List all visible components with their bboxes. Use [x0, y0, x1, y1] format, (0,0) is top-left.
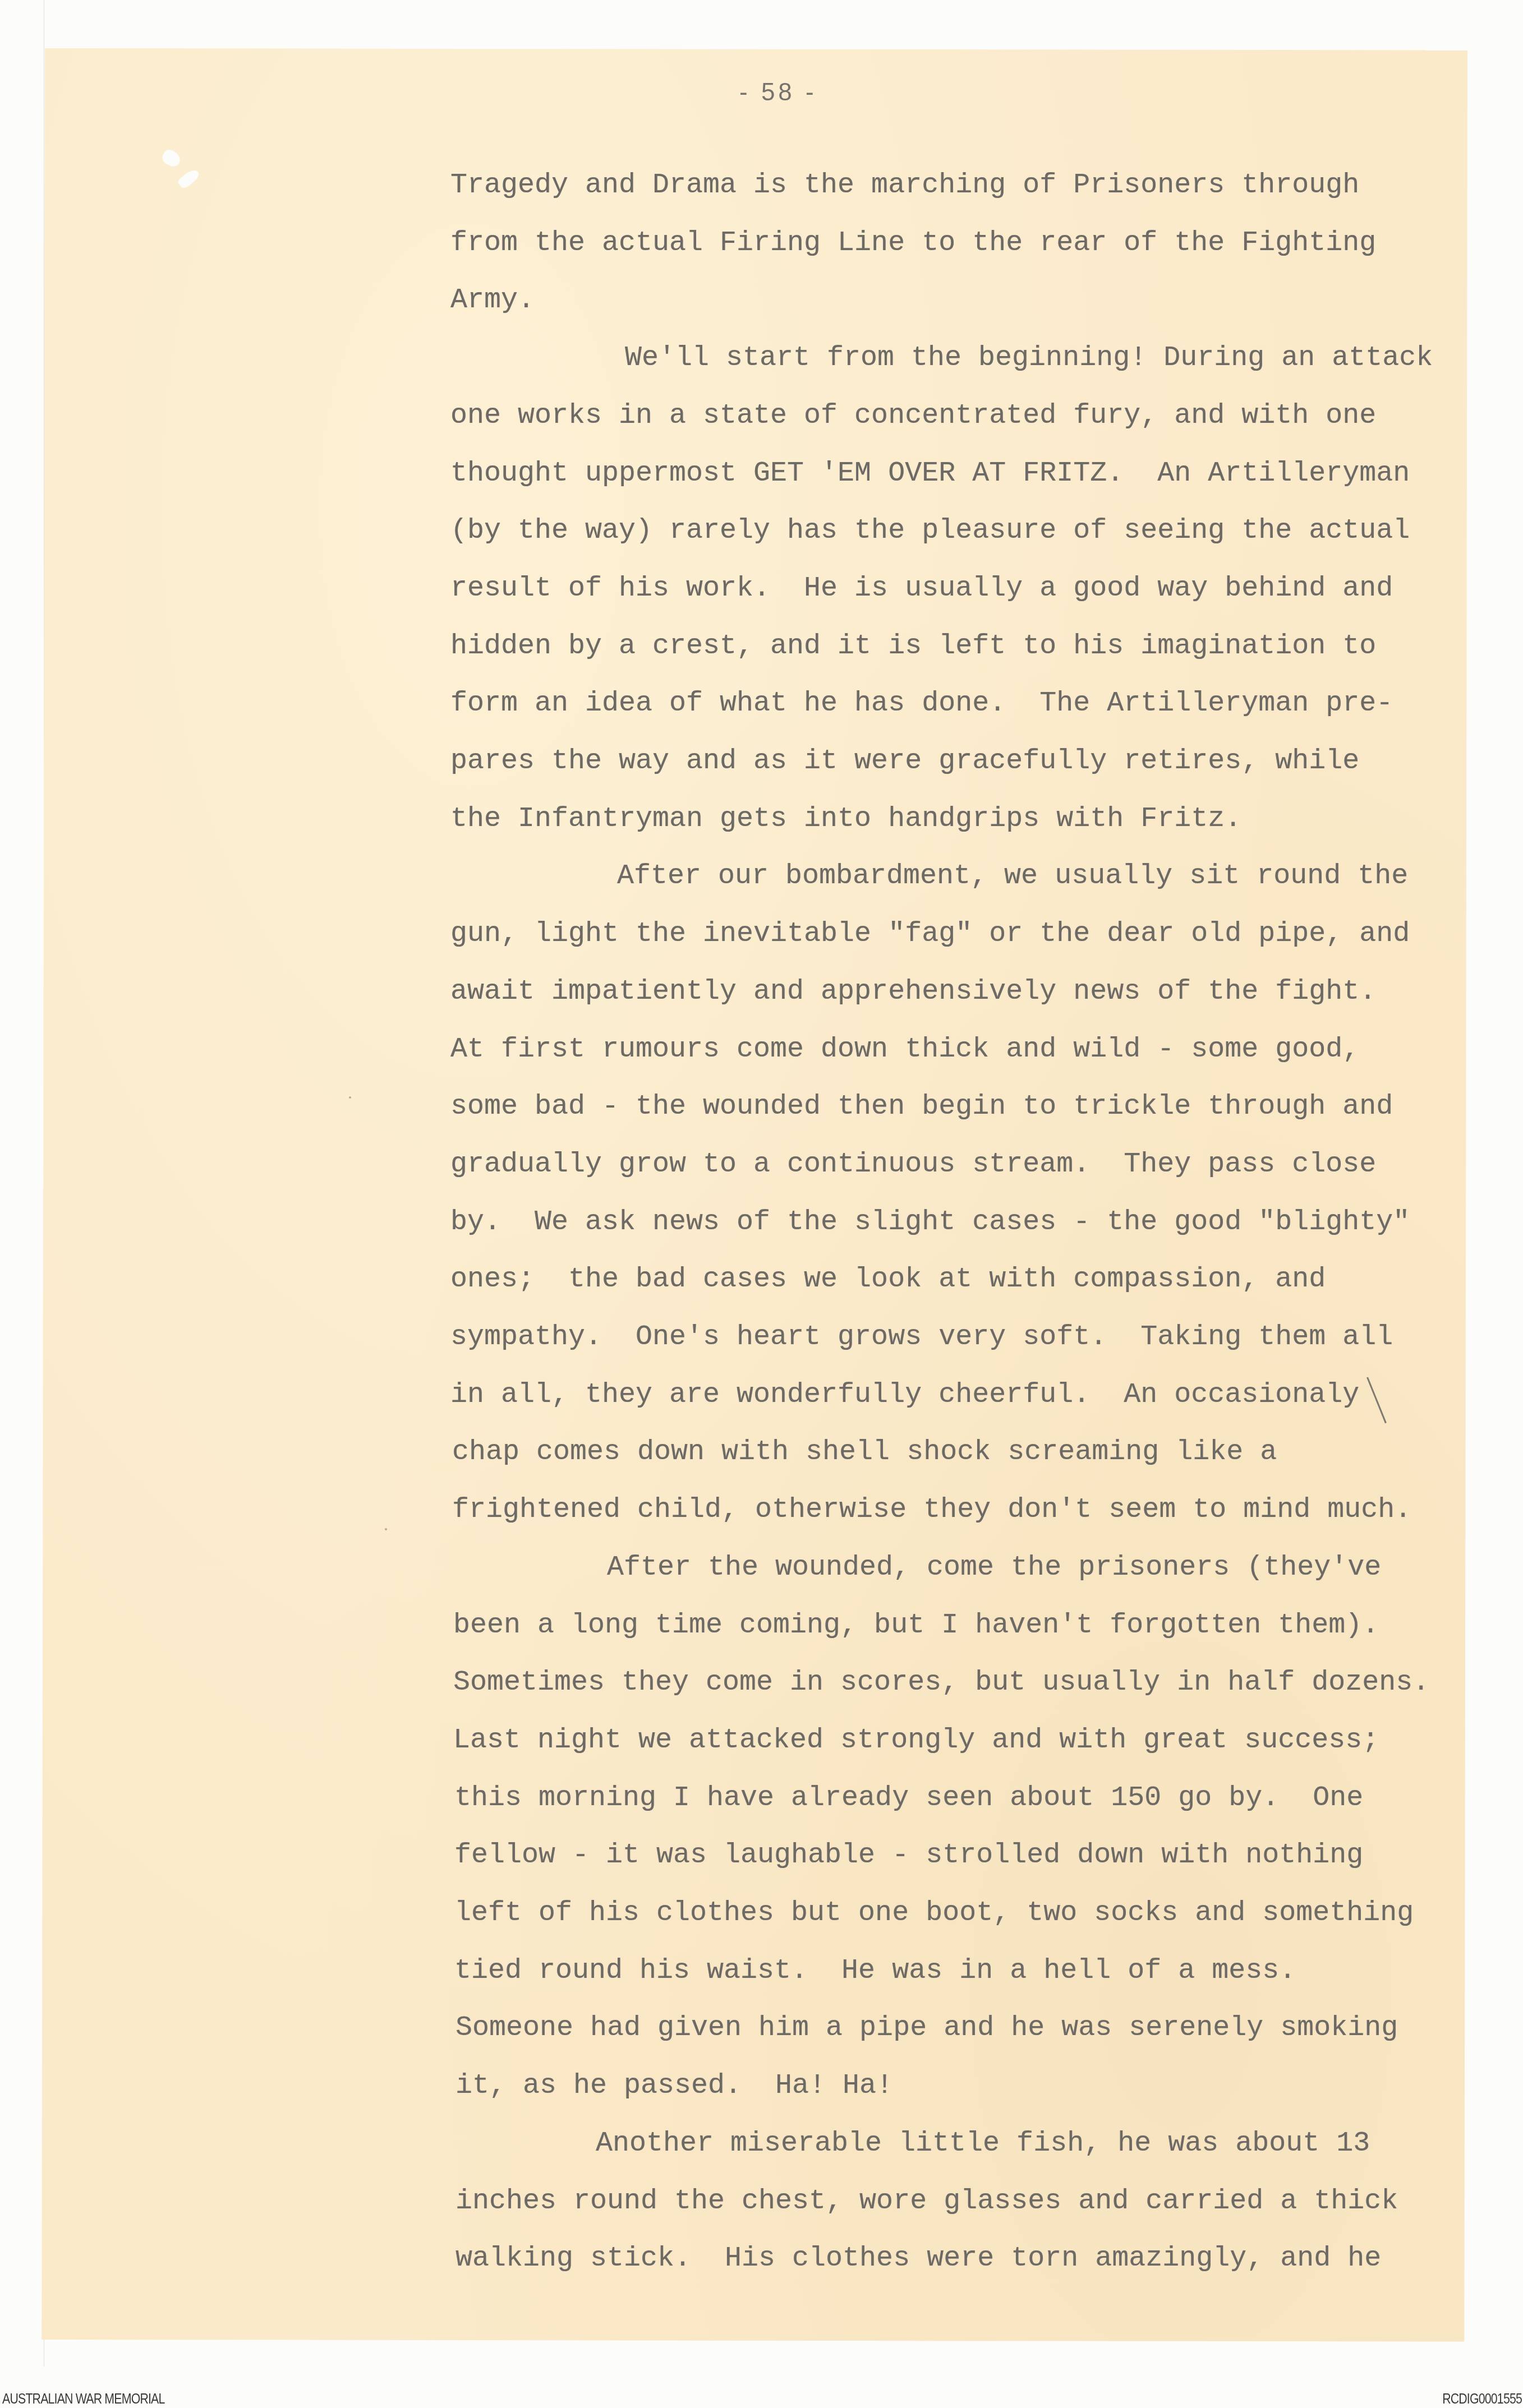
text-line: left of his clothes but one boot, two so… [454, 1899, 1414, 1927]
catalogue-id: RCDIG0001555 [1442, 2390, 1522, 2407]
paragraph-first-line: After our bombardment, we usually sit ro… [617, 862, 1408, 891]
text-line: the Infantryman gets into handgrips with… [450, 805, 1241, 833]
text-line: Army. [450, 287, 535, 315]
paper-speck [385, 1528, 387, 1530]
text-line: walking stick. His clothes were torn ama… [455, 2245, 1381, 2273]
text-line: Tragedy and Drama is the marching of Pri… [450, 172, 1359, 200]
text-line: Someone had given him a pipe and he was … [455, 2014, 1398, 2042]
text-line: frightened child, otherwise they don't s… [452, 1496, 1411, 1524]
text-line: by. We ask news of the slight cases - th… [450, 1208, 1410, 1237]
paragraph-first-line: After the wounded, come the prisoners (t… [607, 1554, 1381, 1582]
text-line: hidden by a crest, and it is left to his… [450, 633, 1376, 661]
paragraph-first-line: Another miserable little fish, he was ab… [596, 2130, 1370, 2158]
text-line: await impatiently and apprehensively new… [450, 978, 1376, 1006]
paragraph-first-line: We'll start from the beginning! During a… [625, 344, 1433, 372]
text-line: ones; the bad cases we look at with comp… [450, 1266, 1326, 1294]
paper-speck [349, 1096, 351, 1099]
text-line: fellow - it was laughable - strolled dow… [454, 1842, 1363, 1870]
paper-speck [468, 2254, 470, 2257]
punch-hole [177, 167, 201, 190]
text-line: from the actual Firing Line to the rear … [450, 229, 1376, 257]
page-number: - 58 - [739, 79, 817, 107]
text-line: tied round his waist. He was in a hell o… [454, 1957, 1296, 1985]
text-line: inches round the chest, wore glasses and… [455, 2188, 1398, 2216]
text-line: gun, light the inevitable "fag" or the d… [450, 920, 1410, 948]
text-line: in all, they are wonderfully cheerful. A… [450, 1381, 1359, 1409]
text-line: At first rumours come down thick and wil… [450, 1036, 1359, 1064]
text-line: been a long time coming, but I haven't f… [453, 1612, 1379, 1640]
text-line: pares the way and as it were gracefully … [450, 748, 1359, 776]
text-line: (by the way) rarely has the pleasure of … [450, 517, 1410, 545]
text-line: this morning I have already seen about 1… [454, 1784, 1363, 1812]
text-line: Sometimes they come in scores, but usual… [453, 1669, 1429, 1697]
text-line: chap comes down with shell shock screami… [452, 1438, 1277, 1466]
institution-label: AUSTRALIAN WAR MEMORIAL [2, 2390, 165, 2407]
text-line: thought uppermost GET 'EM OVER AT FRITZ.… [450, 460, 1410, 488]
text-line: some bad - the wounded then begin to tri… [450, 1093, 1393, 1121]
typed-page [42, 48, 1467, 2342]
text-line: sympathy. One's heart grows very soft. T… [450, 1323, 1393, 1351]
text-line: Last night we attacked strongly and with… [453, 1727, 1379, 1755]
text-line: gradually grow to a continuous stream. T… [450, 1151, 1376, 1179]
text-line: it, as he passed. Ha! Ha! [455, 2072, 893, 2100]
text-line: one works in a state of concentrated fur… [450, 402, 1376, 430]
punch-hole [160, 147, 182, 169]
text-line: form an idea of what he has done. The Ar… [450, 690, 1393, 718]
text-line: result of his work. He is usually a good… [450, 575, 1393, 603]
